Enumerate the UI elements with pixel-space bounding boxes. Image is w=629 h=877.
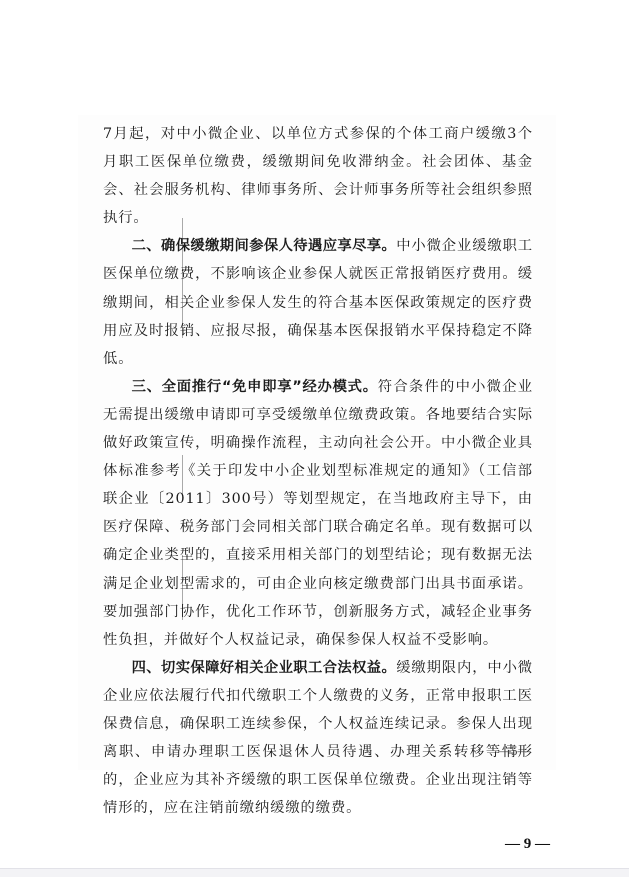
section-heading: 三、全面推行“免申即享”经办模式。 [132, 379, 378, 395]
viewer-bottom-edge [0, 868, 629, 877]
inner-page-number: —5— [498, 743, 531, 759]
paragraph-section-4: 四、切实保障好相关企业职工合法权益。缓缴期限内，中小微企业应依法履行代扣代缴职工… [103, 654, 533, 823]
paragraph-text: 缓缴期限内，中小微企业应依法履行代扣代缴职工个人缴费的义务，正常申报职工医保费信… [103, 660, 533, 816]
section-heading: 二、确保缓缴期间参保人待遇应享尽享。 [132, 238, 397, 254]
paragraph-continuation: 7月起，对中小微企业、以单位方式参保的个体工商户缓缴3个月职工医保单位缴费，缓缴… [103, 120, 533, 232]
paragraph-section-3: 三、全面推行“免申即享”经办模式。符合条件的中小微企业无需提出缓缴申请即可享受缓… [103, 373, 533, 654]
paragraph-text: 7月起，对中小微企业、以单位方式参保的个体工商户缓缴3个月职工医保单位缴费，缓缴… [103, 126, 533, 226]
section-heading: 四、切实保障好相关企业职工合法权益。 [132, 660, 397, 676]
paragraph-section-2: 二、确保缓缴期间参保人待遇应享尽享。中小微企业缓缴职工医保单位缴费，不影响该企业… [103, 232, 533, 372]
paragraph-text: 中小微企业缓缴职工医保单位缴费，不影响该企业参保人就医正常报销医疗费用。缓缴期间… [103, 238, 533, 366]
outer-page-number: — 9 — [505, 836, 550, 853]
document-body: 7月起，对中小微企业、以单位方式参保的个体工商户缓缴3个月职工医保单位缴费，缓缴… [103, 120, 533, 822]
paragraph-text: 符合条件的中小微企业无需提出缓缴申请即可享受缓缴单位缴费政策。各地要结合实际做好… [103, 379, 533, 648]
